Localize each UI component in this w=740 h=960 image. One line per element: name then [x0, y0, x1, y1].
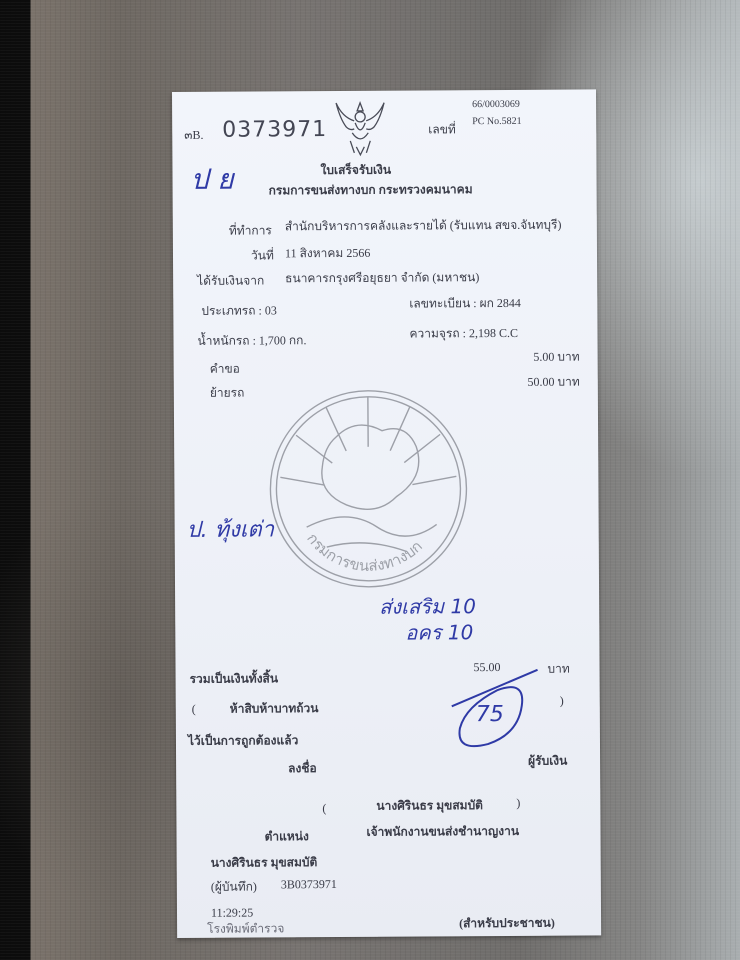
total-in-words: ห้าสิบห้าบาทถ้วน [230, 699, 319, 719]
certified-text: ไว้เป็นการถูกต้องแล้ว [188, 731, 298, 751]
receipt-paper: ๓B. 0373971 66/0003069 เลขที่ PC No.5821… [172, 89, 601, 938]
fee-item-amount: 5.00 บาท [533, 348, 579, 367]
office-label: ที่ทำการ [229, 221, 272, 240]
fee-item-amount: 50.00 บาท [527, 373, 579, 392]
payer-value: ธนาคารกรุงศรีอยุธยา จำกัด (มหาชน) [285, 268, 479, 288]
registration-number: เลขทะเบียน : ผก 2844 [409, 294, 521, 314]
engine-capacity: ความจุรถ : 2,198 C.C [409, 324, 518, 344]
close-paren: ) [560, 694, 564, 709]
printer-name: โรงพิมพ์ตำรวจ [207, 919, 284, 938]
print-time: 11:29:25 [211, 906, 253, 921]
vehicle-type: ประเภทรถ : 03 [201, 301, 277, 320]
department-seal-icon: กรมการขนส่งทางบก [266, 386, 471, 591]
date-label: วันที่ [251, 246, 274, 265]
handwritten-left-note: ป. ทุ้งเต่า [187, 511, 275, 547]
receiver-label: ผู้รับเงิน [528, 752, 567, 771]
recorder-label: (ผู้บันทึก) [211, 877, 257, 896]
agency-name: กรมการขนส่งทางบก กระทรวงคมนาคม [269, 180, 473, 200]
open-paren: ( [192, 702, 196, 717]
book-number: 0373971 [222, 117, 327, 143]
number-label: เลขที่ [428, 120, 456, 139]
signer-close-paren: ) [516, 796, 520, 811]
recorder-code: 3B0373971 [281, 877, 337, 892]
sign-label: ลงชื่อ [288, 759, 317, 778]
vehicle-weight: น้ำหนักรถ : 1,700 กก. [197, 331, 306, 351]
fee-item-label: ย้ายรถ [210, 384, 245, 403]
garuda-emblem-icon [332, 97, 388, 157]
copy-for-label: (สำหรับประชาชน) [459, 914, 555, 934]
handwritten-line-2: อคร 10 [405, 616, 473, 648]
position-value: เจ้าพนักงานขนส่งชำนาญงาน [366, 822, 519, 842]
office-value: สำนักบริหารการคลังและรายได้ (รับแทน สขจ.… [285, 216, 562, 237]
reference-number: 66/0003069 [472, 99, 520, 110]
handwritten-circled-number: 75 [476, 702, 504, 727]
handwritten-top-note: ป ย [190, 158, 233, 202]
date-value: 11 สิงหาคม 2566 [285, 244, 370, 264]
total-label: รวมเป็นเงินทั้งสิ้น [190, 669, 279, 689]
pc-number: PC No.5821 [472, 116, 522, 127]
recorder-name: นางศิรินธร มุขสมบัติ [211, 853, 318, 873]
position-label: ตำแหน่ง [264, 827, 308, 846]
receipt-title: ใบเสร็จรับเงิน [320, 161, 391, 180]
payer-label: ได้รับเงินจาก [197, 271, 264, 290]
fee-item-label: คำขอ [210, 360, 240, 379]
signer-open-paren: ( [322, 801, 326, 816]
book-prefix: ๓B. [184, 126, 203, 145]
signer-name: นางศิรินธร มุขสมบัติ [376, 796, 483, 816]
